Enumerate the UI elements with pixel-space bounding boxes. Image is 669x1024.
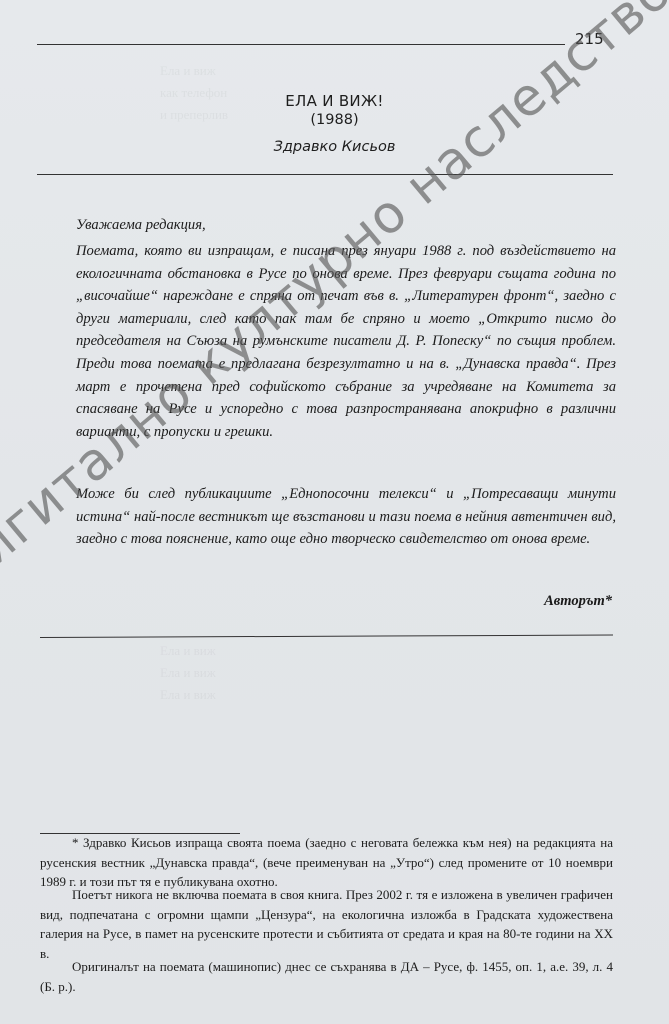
letter-paragraph: Може би след публикациите „Еднопосочни т… (76, 483, 616, 551)
footnote: Оригиналът на поемата (машинопис) днес с… (40, 957, 613, 996)
letter-paragraph: Поемата, която ви изпращам, е писана пре… (76, 240, 616, 443)
title-rule (37, 174, 613, 175)
poem-title: ЕЛА И ВИЖ! (0, 92, 669, 110)
page-number: 215 (575, 30, 604, 48)
header-rule (37, 44, 565, 45)
show-through-text: Ела и виж Ела и виж Ела и виж (160, 640, 216, 706)
footnote: * Здравко Кисьов изпраща своята поема (з… (40, 833, 613, 892)
letter-signature: Авторът* (420, 593, 612, 610)
letter-salutation: Уважаема редакция, (76, 214, 616, 237)
letter-end-rule (40, 634, 613, 638)
poem-author: Здравко Кисьов (0, 139, 669, 155)
poem-year: (1988) (0, 112, 669, 128)
book-page: Ела и виж как телефон и преперлив Ела и … (0, 0, 669, 1024)
footnote: Поетът никога не включва поемата в своя … (40, 885, 613, 963)
